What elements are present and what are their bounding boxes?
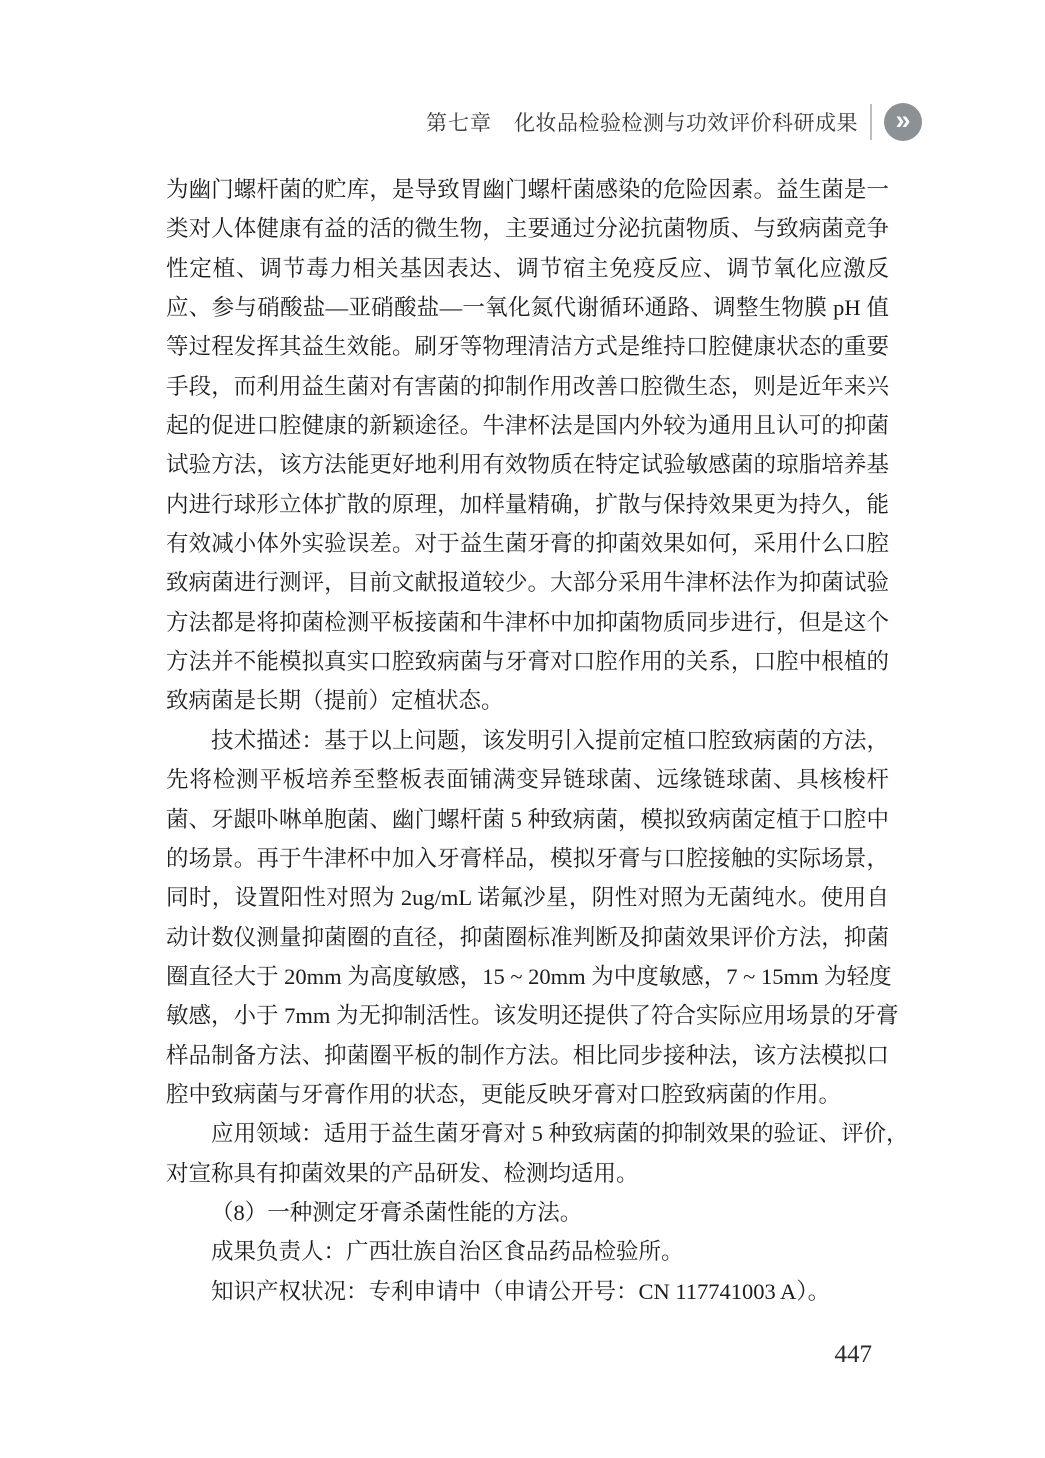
- chapter-label: 第七章: [426, 107, 492, 137]
- text-line: 方法都是将抑菌检测平板接菌和牛津杯中加抑菌物质同步进行，但是这个: [166, 603, 889, 642]
- header-divider: [870, 104, 872, 140]
- text-line: （8）一种测定牙膏杀菌性能的方法。: [166, 1193, 889, 1232]
- text-line: 方法并不能模拟真实口腔致病菌与牙膏对口腔作用的关系，口腔中根植的: [166, 642, 889, 681]
- text-line: 敏感，小于 7mm 为无抑制活性。该发明还提供了符合实际应用场景的牙膏: [166, 996, 889, 1035]
- text-line: 性定植、调节毒力相关基因表达、调节宿主免疫反应、调节氧化应激反: [166, 249, 889, 288]
- text-line: 腔中致病菌与牙膏作用的状态，更能反映牙膏对口腔致病菌的作用。: [166, 1075, 889, 1114]
- text-line: 对宣称具有抑菌效果的产品研发、检测均适用。: [166, 1154, 889, 1193]
- text-line: 为幽门螺杆菌的贮库，是导致胃幽门螺杆菌感染的危险因素。益生菌是一: [166, 170, 889, 209]
- text-line: 等过程发挥其益生效能。刷牙等物理清洁方式是维持口腔健康状态的重要: [166, 327, 889, 366]
- body-text: 为幽门螺杆菌的贮库，是导致胃幽门螺杆菌感染的危险因素。益生菌是一 类对人体健康有…: [166, 170, 889, 1311]
- text-line: 成果负责人：广西壮族自治区食品药品检验所。: [166, 1232, 889, 1271]
- double-chevron-icon: »: [884, 103, 922, 141]
- text-line: 的场景。再于牛津杯中加入牙膏样品，模拟牙膏与口腔接触的实际场景，: [166, 839, 889, 878]
- page-footer: 447: [835, 1341, 873, 1369]
- text-line: 试验方法，该方法能更好地利用有效物质在特定试验敏感菌的琼脂培养基: [166, 445, 889, 484]
- chapter-title: 化妆品检验检测与功效评价科研成果: [514, 107, 858, 137]
- text-line: 样品制备方法、抑菌圈平板的制作方法。相比同步接种法，该方法模拟口: [166, 1036, 889, 1075]
- text-line: 动计数仪测量抑菌圈的直径，抑菌圈标准判断及抑菌效果评价方法，抑菌: [166, 918, 889, 957]
- text-line: 菌、牙龈卟啉单胞菌、幽门螺杆菌 5 种致病菌，模拟致病菌定植于口腔中: [166, 800, 889, 839]
- page-number: 447: [835, 1341, 873, 1368]
- text-line: 手段，而利用益生菌对有害菌的抑制作用改善口腔微生态，则是近年来兴: [166, 367, 889, 406]
- text-line: 有效减小体外实验误差。对于益生菌牙膏的抑菌效果如何，采用什么口腔: [166, 524, 889, 563]
- text-line: 同时，设置阳性对照为 2ug/mL 诺氟沙星，阴性对照为无菌纯水。使用自: [166, 878, 889, 917]
- text-line: 致病菌进行测评，目前文献报道较少。大部分采用牛津杯法作为抑菌试验: [166, 563, 889, 602]
- book-page: 第七章 化妆品检验检测与功效评价科研成果 » 为幽门螺杆菌的贮库，是导致胃幽门螺…: [0, 0, 1045, 1458]
- text-line: 先将检测平板培养至整板表面铺满变异链球菌、远缘链球菌、具核梭杆: [166, 760, 889, 799]
- text-line: 致病菌是长期（提前）定植状态。: [166, 681, 889, 720]
- text-line: 类对人体健康有益的活的微生物，主要通过分泌抗菌物质、与致病菌竞争: [166, 209, 889, 248]
- text-line: 起的促进口腔健康的新颖途径。牛津杯法是国内外较为通用且认可的抑菌: [166, 406, 889, 445]
- text-line: 知识产权状况：专利申请中（申请公开号：CN 117741003 A）。: [166, 1272, 889, 1311]
- text-line: 圈直径大于 20mm 为高度敏感，15 ~ 20mm 为中度敏感，7 ~ 15m…: [166, 957, 889, 996]
- text-line: 技术描述：基于以上问题，该发明引入提前定植口腔致病菌的方法，: [166, 721, 889, 760]
- text-line: 应用领域：适用于益生菌牙膏对 5 种致病菌的抑制效果的验证、评价，: [166, 1114, 889, 1153]
- page-header: 第七章 化妆品检验检测与功效评价科研成果 »: [426, 100, 922, 144]
- text-line: 应、参与硝酸盐—亚硝酸盐—一氧化氮代谢循环通路、调整生物膜 pH 值: [166, 288, 889, 327]
- text-line: 内进行球形立体扩散的原理，加样量精确，扩散与保持效果更为持久，能: [166, 485, 889, 524]
